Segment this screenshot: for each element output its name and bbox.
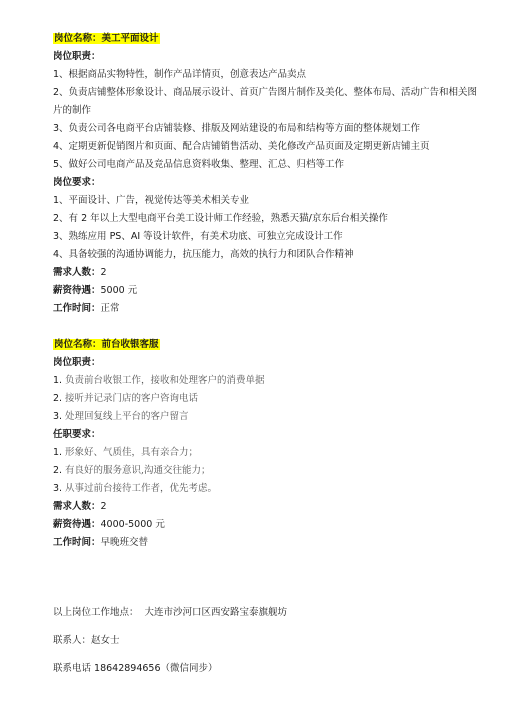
requirement-item: 3、熟练应用 PS、AI 等设计软件，有美术功底、可独立完成设计工作 xyxy=(53,228,483,246)
headcount-value: 2 xyxy=(101,267,107,278)
duty-item: 5、做好公司电商产品及竞品信息资料收集、整理、汇总、归档等工作 xyxy=(53,156,483,174)
salary-label: 薪资待遇： xyxy=(53,285,101,296)
requirement-item: 1.形象好、气质佳，具有亲合力； xyxy=(53,444,483,462)
hours-line: 工作时间：早晚班交替 xyxy=(53,534,483,552)
duty-item: 3.处理回复线上平台的客户留言 xyxy=(53,408,483,426)
item-number: 1. xyxy=(53,444,65,462)
hours-line: 工作时间：正常 xyxy=(53,300,483,318)
hours-label: 工作时间： xyxy=(53,303,101,314)
duty-item: 2.接听并记录门店的客户咨询电话 xyxy=(53,390,483,408)
salary-value: 5000 元 xyxy=(101,285,138,296)
item-text: 从事过前台接待工作者，优先考虑。 xyxy=(65,483,217,494)
hours-value: 早晚班交替 xyxy=(101,537,149,548)
job-title-highlight: 岗位名称：美工平面设计 xyxy=(53,33,160,44)
duty-item: 1、根据商品实物特性，制作产品详情页，创意表达产品卖点 xyxy=(53,66,483,84)
duty-item: 1.负责前台收银工作，接收和处理客户的消费单据 xyxy=(53,372,483,390)
contact-section: 以上岗位工作地点： 大连市沙河口区西安路宝泰旗舰坊 联系人：赵女士 联系电话 1… xyxy=(53,604,483,678)
requirement-item: 3.从事过前台接待工作者，优先考虑。 xyxy=(53,480,483,498)
item-number: 3. xyxy=(53,408,65,426)
contact-phone: 联系电话 18642894656（微信同步） xyxy=(53,660,483,678)
hours-label: 工作时间： xyxy=(53,537,101,548)
job-title-line: 岗位名称：美工平面设计 xyxy=(53,30,483,48)
job-posting-document: 岗位名称：美工平面设计 岗位职责： 1、根据商品实物特性，制作产品详情页，创意表… xyxy=(53,30,483,688)
duty-item: 2、负责店铺整体形象设计、商品展示设计、首页广告图片制作及美化、整体布局、活动广… xyxy=(53,84,483,120)
requirements-heading: 任职要求： xyxy=(53,426,483,444)
job-title-value: 美工平面设计 xyxy=(102,33,159,44)
duties-heading: 岗位职责： xyxy=(53,48,483,66)
item-number: 2. xyxy=(53,390,65,408)
headcount-label: 需求人数： xyxy=(53,501,101,512)
job-title-value: 前台收银客服 xyxy=(102,339,159,350)
headcount-value: 2 xyxy=(101,501,107,512)
job-section-graphic-designer: 岗位名称：美工平面设计 岗位职责： 1、根据商品实物特性，制作产品详情页，创意表… xyxy=(53,30,483,318)
requirement-item: 1、平面设计、广告，视觉传达等美术相关专业 xyxy=(53,192,483,210)
job-title-highlight: 岗位名称：前台收银客服 xyxy=(53,339,160,350)
requirement-item: 2.有良好的服务意识,沟通交往能力； xyxy=(53,462,483,480)
item-text: 形象好、气质佳，具有亲合力； xyxy=(65,447,198,458)
headcount-label: 需求人数： xyxy=(53,267,101,278)
requirements-heading: 岗位要求： xyxy=(53,174,483,192)
salary-line: 薪资待遇：4000-5000 元 xyxy=(53,516,483,534)
duty-item: 3、负责公司各电商平台店铺装修、排版及网站建设的布局和结构等方面的整体规划工作 xyxy=(53,120,483,138)
headcount-line: 需求人数：2 xyxy=(53,264,483,282)
work-location: 以上岗位工作地点： 大连市沙河口区西安路宝泰旗舰坊 xyxy=(53,604,483,622)
item-number: 3. xyxy=(53,480,65,498)
item-text: 处理回复线上平台的客户留言 xyxy=(65,411,189,422)
job-title-label: 岗位名称： xyxy=(54,33,102,44)
job-section-front-desk-cashier: 岗位名称：前台收银客服 岗位职责： 1.负责前台收银工作，接收和处理客户的消费单… xyxy=(53,336,483,552)
hours-value: 正常 xyxy=(101,303,120,314)
job-title-line: 岗位名称：前台收银客服 xyxy=(53,336,483,354)
item-text: 接听并记录门店的客户咨询电话 xyxy=(65,393,198,404)
salary-value: 4000-5000 元 xyxy=(101,519,165,530)
item-number: 1. xyxy=(53,372,65,390)
requirement-item: 4、具备较强的沟通协调能力，抗压能力，高效的执行力和团队合作精神 xyxy=(53,246,483,264)
duties-heading: 岗位职责： xyxy=(53,354,483,372)
item-number: 2. xyxy=(53,462,65,480)
item-text: 有良好的服务意识,沟通交往能力； xyxy=(65,465,211,476)
salary-label: 薪资待遇： xyxy=(53,519,101,530)
salary-line: 薪资待遇：5000 元 xyxy=(53,282,483,300)
duty-item: 4、定期更新促销图片和页面、配合店铺销售活动、美化修改产品页面及定期更新店铺主页 xyxy=(53,138,483,156)
job-title-label: 岗位名称： xyxy=(54,339,102,350)
headcount-line: 需求人数：2 xyxy=(53,498,483,516)
contact-person: 联系人：赵女士 xyxy=(53,632,483,650)
item-text: 负责前台收银工作，接收和处理客户的消费单据 xyxy=(65,375,265,386)
section-spacer xyxy=(53,552,483,604)
section-spacer xyxy=(53,318,483,336)
requirement-item: 2、有 2 年以上大型电商平台美工设计师工作经验，熟悉天猫/京东后台相关操作 xyxy=(53,210,483,228)
